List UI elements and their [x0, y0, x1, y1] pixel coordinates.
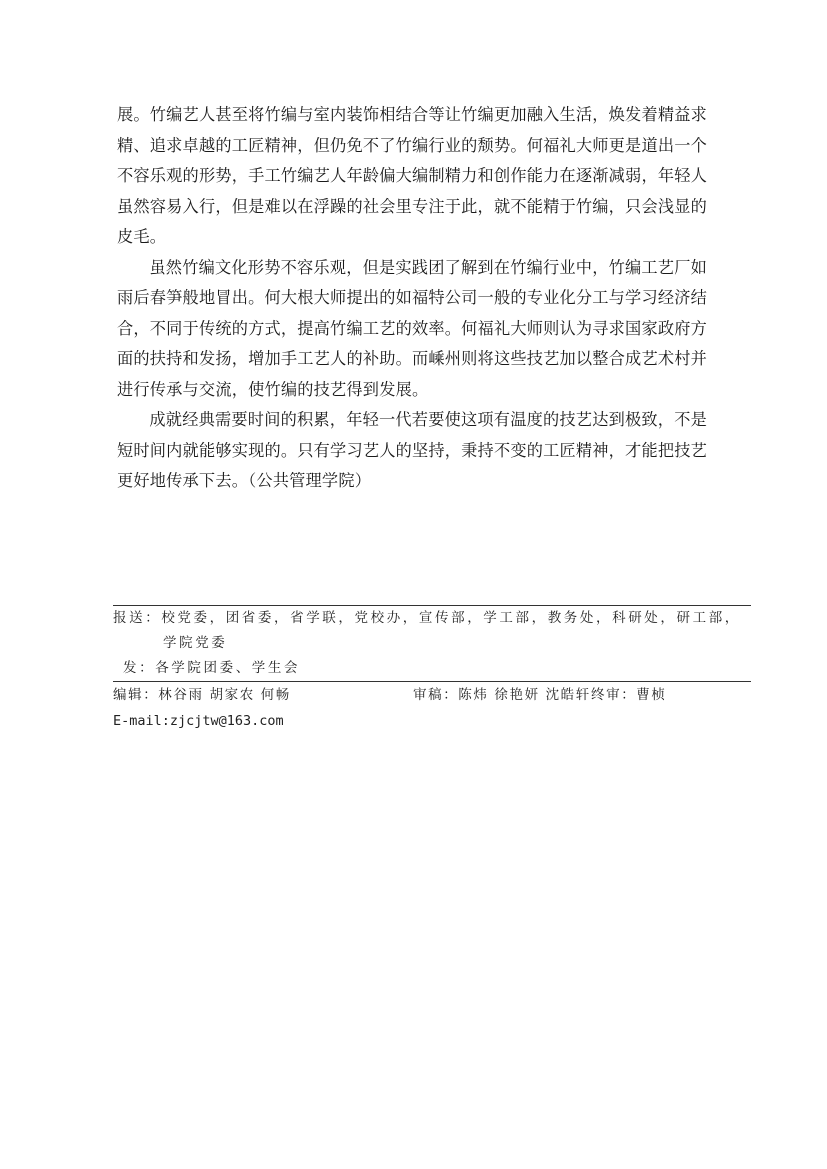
article-paragraph-3: 成就经典需要时间的积累，年轻一代若要使这项有温度的技艺达到极致，不是短时间内就能… [117, 405, 707, 497]
editors: 编辑：林谷雨 胡家农 何畅 [113, 682, 413, 708]
article-body: 展。竹编艺人甚至将竹编与室内装饰相结合等让竹编更加融入生活，焕发着精益求精、追求… [117, 100, 707, 497]
send-to-recipients: 各学院团委、学生会 [155, 660, 300, 676]
credits-line: 编辑：林谷雨 胡家农 何畅 审稿：陈炜 徐艳妍 沈皓轩 终审：曹桢 [113, 682, 753, 708]
send-to-line: 发：各学院团委、学生会 [113, 656, 753, 681]
final-reviewer: 终审：曹桢 [591, 682, 667, 708]
report-to-line-continued: 学院党委 [113, 631, 753, 656]
article-paragraph-1: 展。竹编艺人甚至将竹编与室内装饰相结合等让竹编更加融入生活，焕发着精益求精、追求… [117, 100, 707, 253]
article-paragraph-2: 虽然竹编文化形势不容乐观，但是实践团了解到在竹编行业中，竹编工艺厂如雨后春笋般地… [117, 253, 707, 406]
reviewers: 审稿：陈炜 徐艳妍 沈皓轩 [413, 682, 583, 708]
report-to-recipients: 校党委，团省委，省学联，党校办，宣传部，学工部，教务处，科研处，研工部， [161, 610, 741, 626]
report-to-line: 报送：校党委，团省委，省学联，党校办，宣传部，学工部，教务处，科研处，研工部， [113, 606, 753, 631]
report-to-label: 报送： [113, 610, 161, 626]
contact-email: E-mail:zjcjtw@163.com [113, 708, 753, 734]
distribution-footer: 报送：校党委，团省委，省学联，党校办，宣传部，学工部，教务处，科研处，研工部， … [113, 605, 753, 734]
send-to-label: 发： [123, 660, 155, 676]
